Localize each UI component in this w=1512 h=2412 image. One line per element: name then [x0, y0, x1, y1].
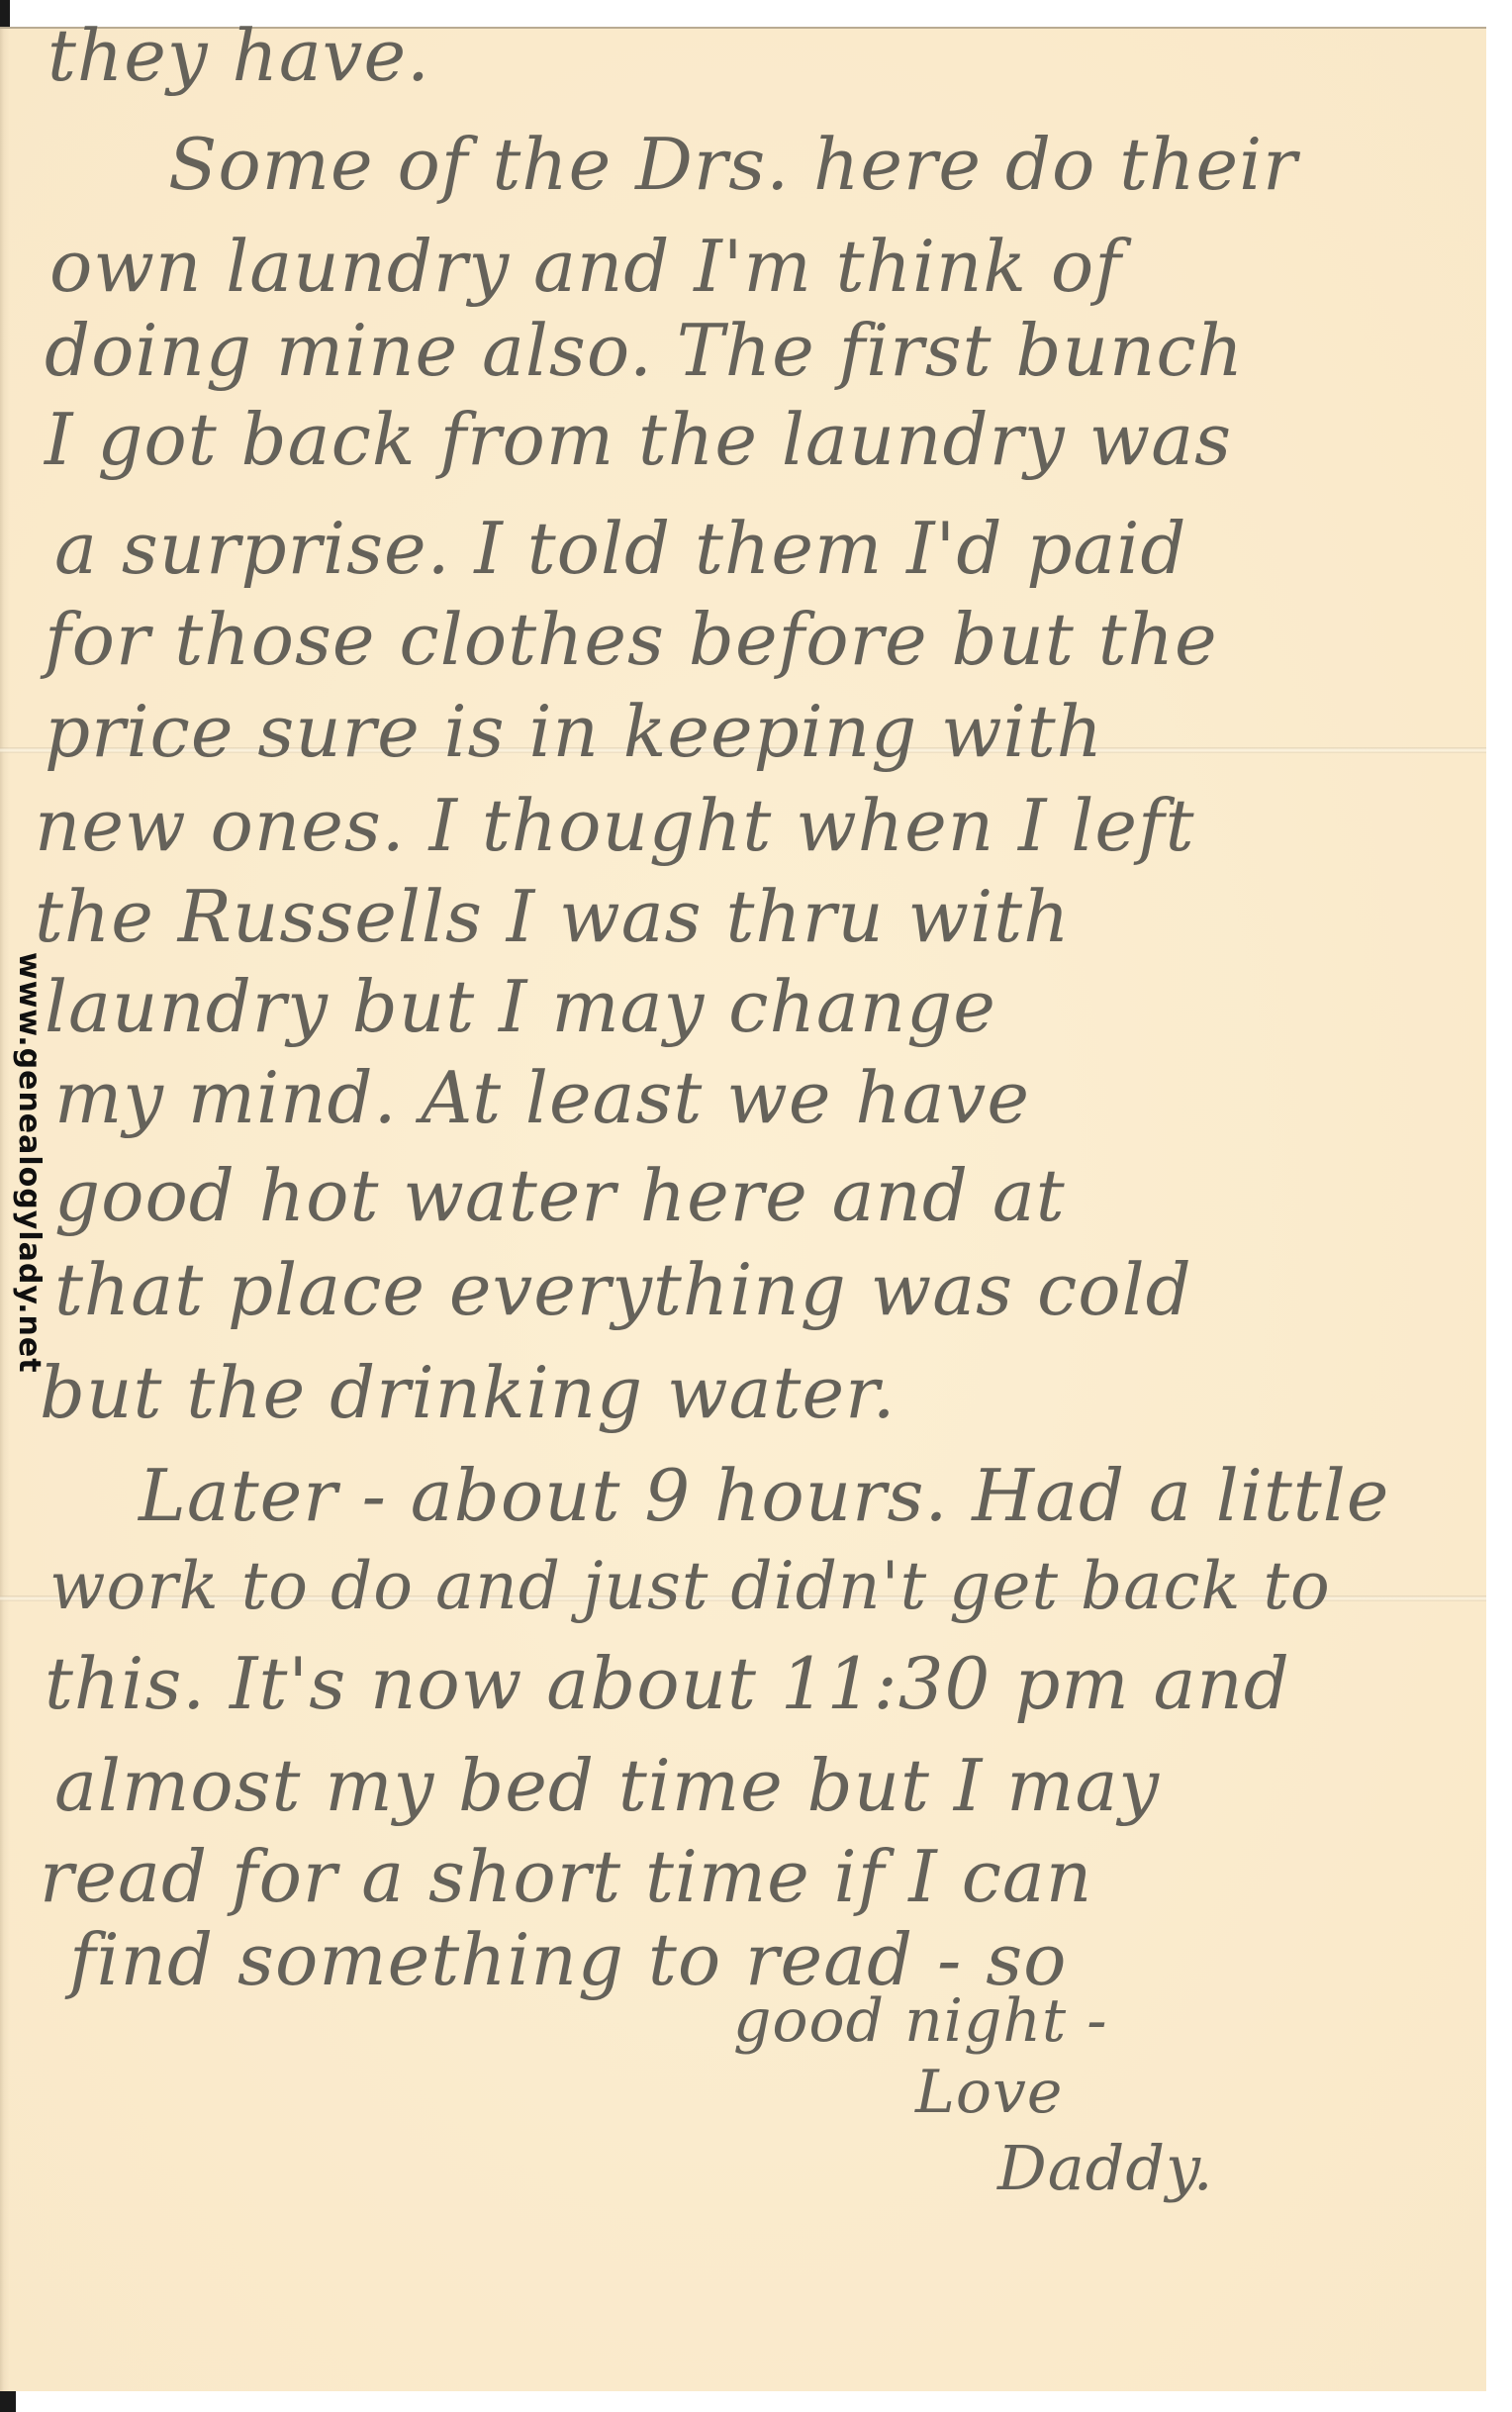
- closing-love: Love: [915, 2058, 1063, 2127]
- letter-line: I got back from the laundry was: [45, 398, 1232, 481]
- letter-page: they have. Some of the Drs. here do thei…: [0, 27, 1486, 2391]
- letter-line: a surprise. I told them I'd paid: [54, 507, 1186, 590]
- letter-line: new ones. I thought when I left: [35, 784, 1195, 867]
- letter-line: the Russells I was thru with: [35, 875, 1070, 958]
- letter-line: laundry but I may change: [45, 965, 996, 1048]
- signature: Daddy.: [997, 2132, 1214, 2204]
- letter-line: but the drinking water.: [40, 1351, 896, 1434]
- letter-line: Some of the Drs. here do their: [168, 123, 1298, 206]
- letter-line: my mind. At least we have: [54, 1056, 1030, 1139]
- letter-line: read for a short time if I can: [40, 1835, 1092, 1918]
- letter-line: good hot water here and at: [54, 1154, 1066, 1237]
- letter-line: this. It's now about 11:30 pm and: [45, 1642, 1290, 1725]
- watermark: www.genealogylady.net: [12, 952, 47, 1374]
- letter-line: that place everything was cold: [54, 1248, 1192, 1331]
- scan-edge-bottom: [0, 2391, 16, 2412]
- letter-line: they have.: [47, 14, 430, 97]
- scan-edge-top: [0, 0, 10, 27]
- letter-line: price sure is in keeping with: [45, 690, 1103, 773]
- letter-line: doing mine also. The first bunch: [45, 309, 1244, 392]
- letter-line: almost my bed time but I may: [54, 1744, 1160, 1827]
- letter-line: own laundry and I'm think of: [49, 225, 1122, 308]
- closing-good-night: good night -: [733, 1986, 1107, 2056]
- letter-line: work to do and just didn't get back to: [49, 1548, 1331, 1624]
- letter-line: Later - about 9 hours. Had a little: [139, 1454, 1389, 1537]
- letter-line: for those clothes before but the: [45, 598, 1218, 681]
